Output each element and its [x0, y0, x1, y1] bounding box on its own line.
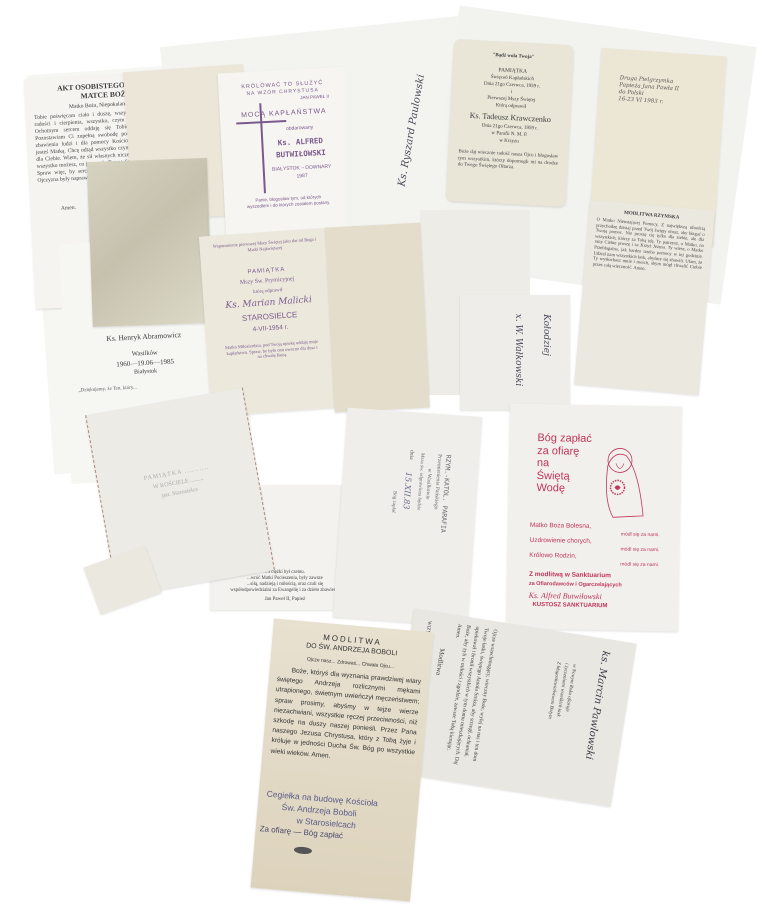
moca-subtitle: obdarowany: [221, 123, 349, 136]
card-cream-textured: [325, 223, 430, 413]
parafia-line3: w Wasilkowie: [424, 468, 432, 499]
parafia-line4: Msza św. odprawiona będzie: [415, 453, 424, 511]
handwritten-note-1: x. W. Wałkowski: [513, 314, 523, 386]
parafia-line6: Bóg zapłać: [390, 491, 397, 514]
card-modlitwa-boboli: MODLITWA DO ŚW. ANDRZEJA BOBOLI Ojcze na…: [251, 619, 434, 902]
krawczenko-prayer: Boże daj wiecznie radość nasza Ojcu i bł…: [450, 149, 567, 175]
bog-zaplac-headline: Bóg zapłać za ofiarę na Świętą Wodę: [536, 432, 592, 495]
janpawel-line: współodpowiedzialni za Ewangelię i za dz…: [218, 588, 352, 594]
headline-line: na: [537, 457, 592, 470]
headline-line: Świętą: [537, 469, 592, 482]
parafia-line5: dnia: [408, 450, 415, 460]
litany-response: módl się za nami.: [529, 559, 659, 569]
wizyta-signature: ks. Marcin Pawlowski: [583, 650, 611, 760]
bog-zaplac-line2: za Ofiarodawców i Ogarczelających: [529, 581, 622, 589]
wizyta-body: Ojcze wszechmogący, wieczny Boże, wylej …: [433, 623, 499, 768]
card-pamiatka-krawczenko: "Bądź wola Twoja" PAMIĄTKA Święceń Kapła…: [446, 39, 574, 207]
card-aged-photo-top: [87, 163, 211, 327]
prymicyjna-top-note: Wspomnienie pierwszej Mszy Świętej jako …: [199, 236, 329, 256]
handwritten-note-2: Kołodziej: [541, 314, 551, 356]
akt-closing: Amen.: [61, 205, 76, 212]
card-modlitwa-rzymska: MODLITWA RZYMSKA O Matko Nieustającej Po…: [574, 200, 715, 395]
bog-zaplac-line1: Z modlitwą w Sanktuarium: [529, 571, 611, 579]
abramowicz-quote: „Dziękujemy, że Ten, który...: [78, 385, 137, 393]
bog-zaplac-litany: Matko Boża Bolesna, módl się za nami. Uz…: [529, 522, 660, 569]
headline-line: Bóg zapłać: [537, 432, 592, 445]
card-bog-zaplac: Bóg zapłać za ofiarę na Świętą Wodę Matk…: [506, 404, 682, 632]
headline-line: Wodę: [536, 482, 591, 495]
boboli-body: Boże, któryś dla wyznania prawdziwej wia…: [270, 665, 421, 769]
parafia-handwritten-date: 15.XII.83: [402, 472, 414, 510]
prymicyjna-prayer: Matko Miłosierdzia, pod Twoją opiekę odd…: [207, 337, 338, 363]
wizyta-title: Modlitwa: [434, 648, 446, 676]
card-signature: Ks. Ryszard Paulowski: [345, 55, 445, 225]
pielgrzymka-text: Druga Pielgrzymka Papieża Jana Pawła II …: [618, 75, 680, 107]
moca-title: MOCĄ KAPŁAŃSTWA: [220, 107, 348, 121]
bog-zaplac-name: Ks. Alfred Butwiłowski: [529, 591, 602, 601]
krawczenko-motto: "Bądź wola Twoja": [453, 51, 573, 62]
headline-line: za ofiarę: [537, 444, 592, 457]
rzymska-body: O Matko Nieustającej Pomocy, Z największ…: [585, 216, 714, 277]
madonna-heart-icon: [593, 445, 654, 521]
abramowicz-name: Ks. Henryk Abramowicz: [64, 328, 224, 345]
card-handwritten-pair: x. W. Wałkowski Kołodziej: [460, 295, 570, 410]
bog-zaplac-role: KUSTOSZ SANKTUARIUM: [532, 602, 607, 609]
card-moca-kaplanstwa: KRÓLOWAĆ TO SŁUŻYĆ NA WZÓR CHRYSTUSA JAN…: [218, 67, 355, 243]
printer-logo-icon: [294, 846, 313, 855]
card-parafia-stamp: RZYM.-KATOL. PARAFIA Przemienienia Pańsk…: [333, 408, 482, 627]
moca-footer: Panie, błogosław tym, od których wyszedł…: [224, 193, 352, 212]
signature-handwriting: Ks. Ryszard Paulowski: [396, 74, 427, 188]
card-pamiatka-prymicyjna: Wspomnienie pierwszej Mszy Świętej jako …: [199, 228, 341, 417]
